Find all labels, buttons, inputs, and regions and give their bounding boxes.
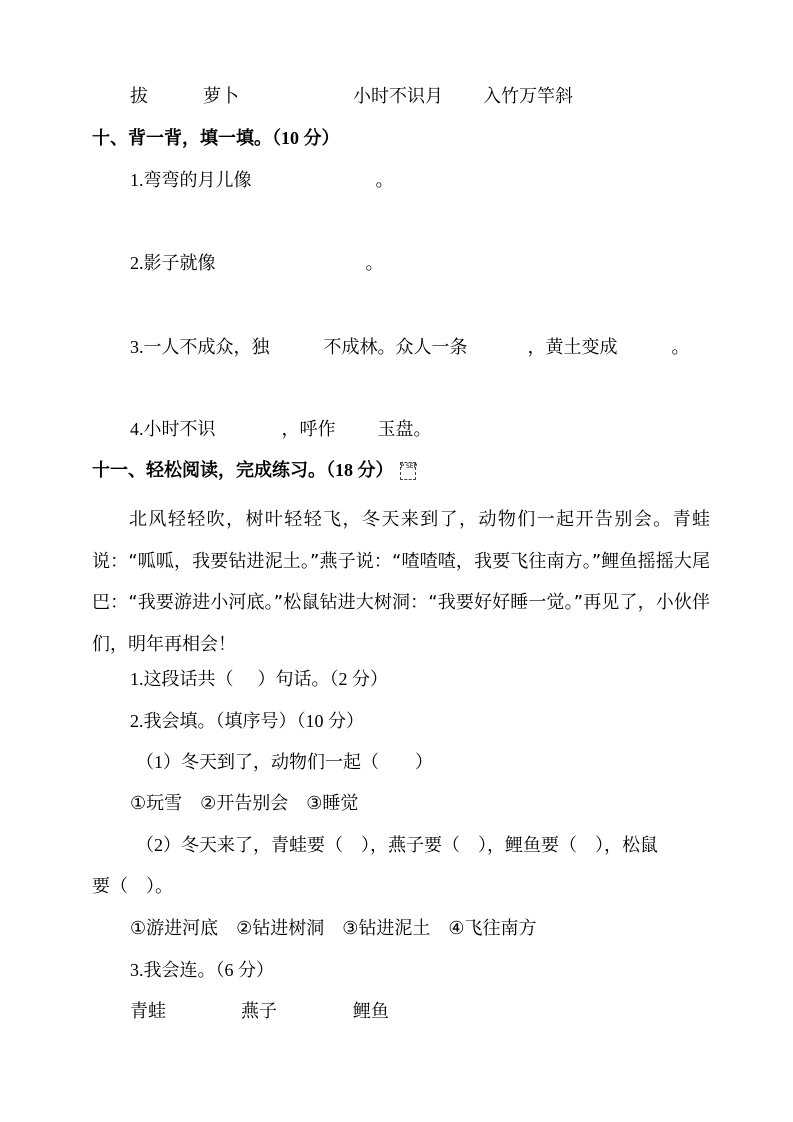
question-text-part-1: 一人不成众，独 xyxy=(144,337,270,358)
question-number: 2. xyxy=(130,253,144,273)
question-number: 3. xyxy=(130,337,144,357)
section-separator-icon: P SEP xyxy=(400,462,416,480)
section-11-question-1: 1.这段话共（）句话。（2 分） xyxy=(130,668,388,691)
question-text-part-2: 不成林。众人一条 xyxy=(324,337,468,358)
question-number: 4. xyxy=(130,419,144,439)
section-10-score: （10 分） xyxy=(272,128,340,148)
section-10-question-4: 4.小时不识，呼作玉盘。 xyxy=(130,418,432,441)
section-10-heading: 十、背一背，填一填。（10 分） xyxy=(92,127,340,150)
question-number: 1. xyxy=(130,669,144,689)
section-11-question-2: 2.我会填。（填序号）（10 分） xyxy=(130,710,364,733)
question-text-part-3: 玉盘。 xyxy=(378,419,432,440)
top-row-word-1: 拔 xyxy=(130,86,148,108)
sub-question-2-line-2: 要（ ）。 xyxy=(92,876,173,898)
question-text-part-3: ，黄土变成 xyxy=(528,337,618,358)
section-11-title: 十一、轻松阅读，完成练习。 xyxy=(92,460,326,481)
question-text-part-2: ，呼作 xyxy=(282,419,336,440)
match-item-carp: 鲤鱼 xyxy=(353,1001,389,1023)
question-text: 我会连。 xyxy=(144,960,216,981)
question-text-a: 这段话共（ xyxy=(144,669,234,690)
sub-question-text: 冬天到了，动物们一起（ ） xyxy=(181,752,433,773)
top-row-word-4: 入竹万竿斜 xyxy=(483,86,573,108)
sub-question-2: （2）冬天来了，青蛙要（ ），燕子要（ ），鲤鱼要（ ），松鼠 xyxy=(136,834,658,857)
question-number: 2. xyxy=(130,711,144,731)
reading-passage: 北风轻轻吹，树叶轻轻飞，冬天来到了，动物们一起开告别会。青蛙说：“呱呱，我要钻进… xyxy=(92,499,710,665)
top-row-word-3: 小时不识月 xyxy=(353,86,443,108)
match-item-frog: 青蛙 xyxy=(130,1001,166,1023)
question-end: 。 xyxy=(376,170,394,191)
match-item-swallow: 燕子 xyxy=(241,1001,277,1023)
section-10-question-1: 1.弯弯的月儿像。 xyxy=(130,169,394,192)
question-text-b: ）句话。 xyxy=(258,669,330,690)
question-end: 。 xyxy=(366,253,384,274)
question-score: （2 分） xyxy=(330,669,389,689)
question-number: 3. xyxy=(130,960,144,980)
question-end: 。 xyxy=(672,337,690,358)
question-score: （10 分） xyxy=(297,711,365,731)
question-text-part-1: 小时不识 xyxy=(144,419,216,440)
question-score: （6 分） xyxy=(216,960,275,980)
sub-question-label: （2） xyxy=(136,835,181,855)
question-text: 影子就像 xyxy=(144,253,216,274)
sub-question-1-options: ①玩雪 ②开告别会 ③睡觉 xyxy=(130,793,358,815)
question-number: 1. xyxy=(130,170,144,190)
top-row-word-2: 萝卜 xyxy=(203,86,239,108)
sub-question-label: （1） xyxy=(136,752,181,772)
sub-question-1: （1）冬天到了，动物们一起（ ） xyxy=(136,751,433,774)
sub-question-text-line-1: 冬天来了，青蛙要（ ），燕子要（ ），鲤鱼要（ ），松鼠 xyxy=(181,835,658,856)
section-11-heading: 十一、轻松阅读，完成练习。（18 分）P SEP xyxy=(92,459,416,482)
section-10-question-2: 2.影子就像。 xyxy=(130,252,384,275)
section-11-score: （18 分） xyxy=(326,460,394,480)
section-10-title: 十、背一背，填一填。 xyxy=(92,128,272,149)
question-text: 我会填。（填序号） xyxy=(144,711,297,732)
section-11-question-3: 3.我会连。（6 分） xyxy=(130,959,274,982)
sub-question-2-options: ①游进河底 ②钻进树洞 ③钻进泥土 ④飞往南方 xyxy=(130,918,537,940)
question-text: 弯弯的月儿像 xyxy=(144,170,252,191)
section-10-question-3: 3.一人不成众，独不成林。众人一条，黄土变成。 xyxy=(130,336,690,359)
